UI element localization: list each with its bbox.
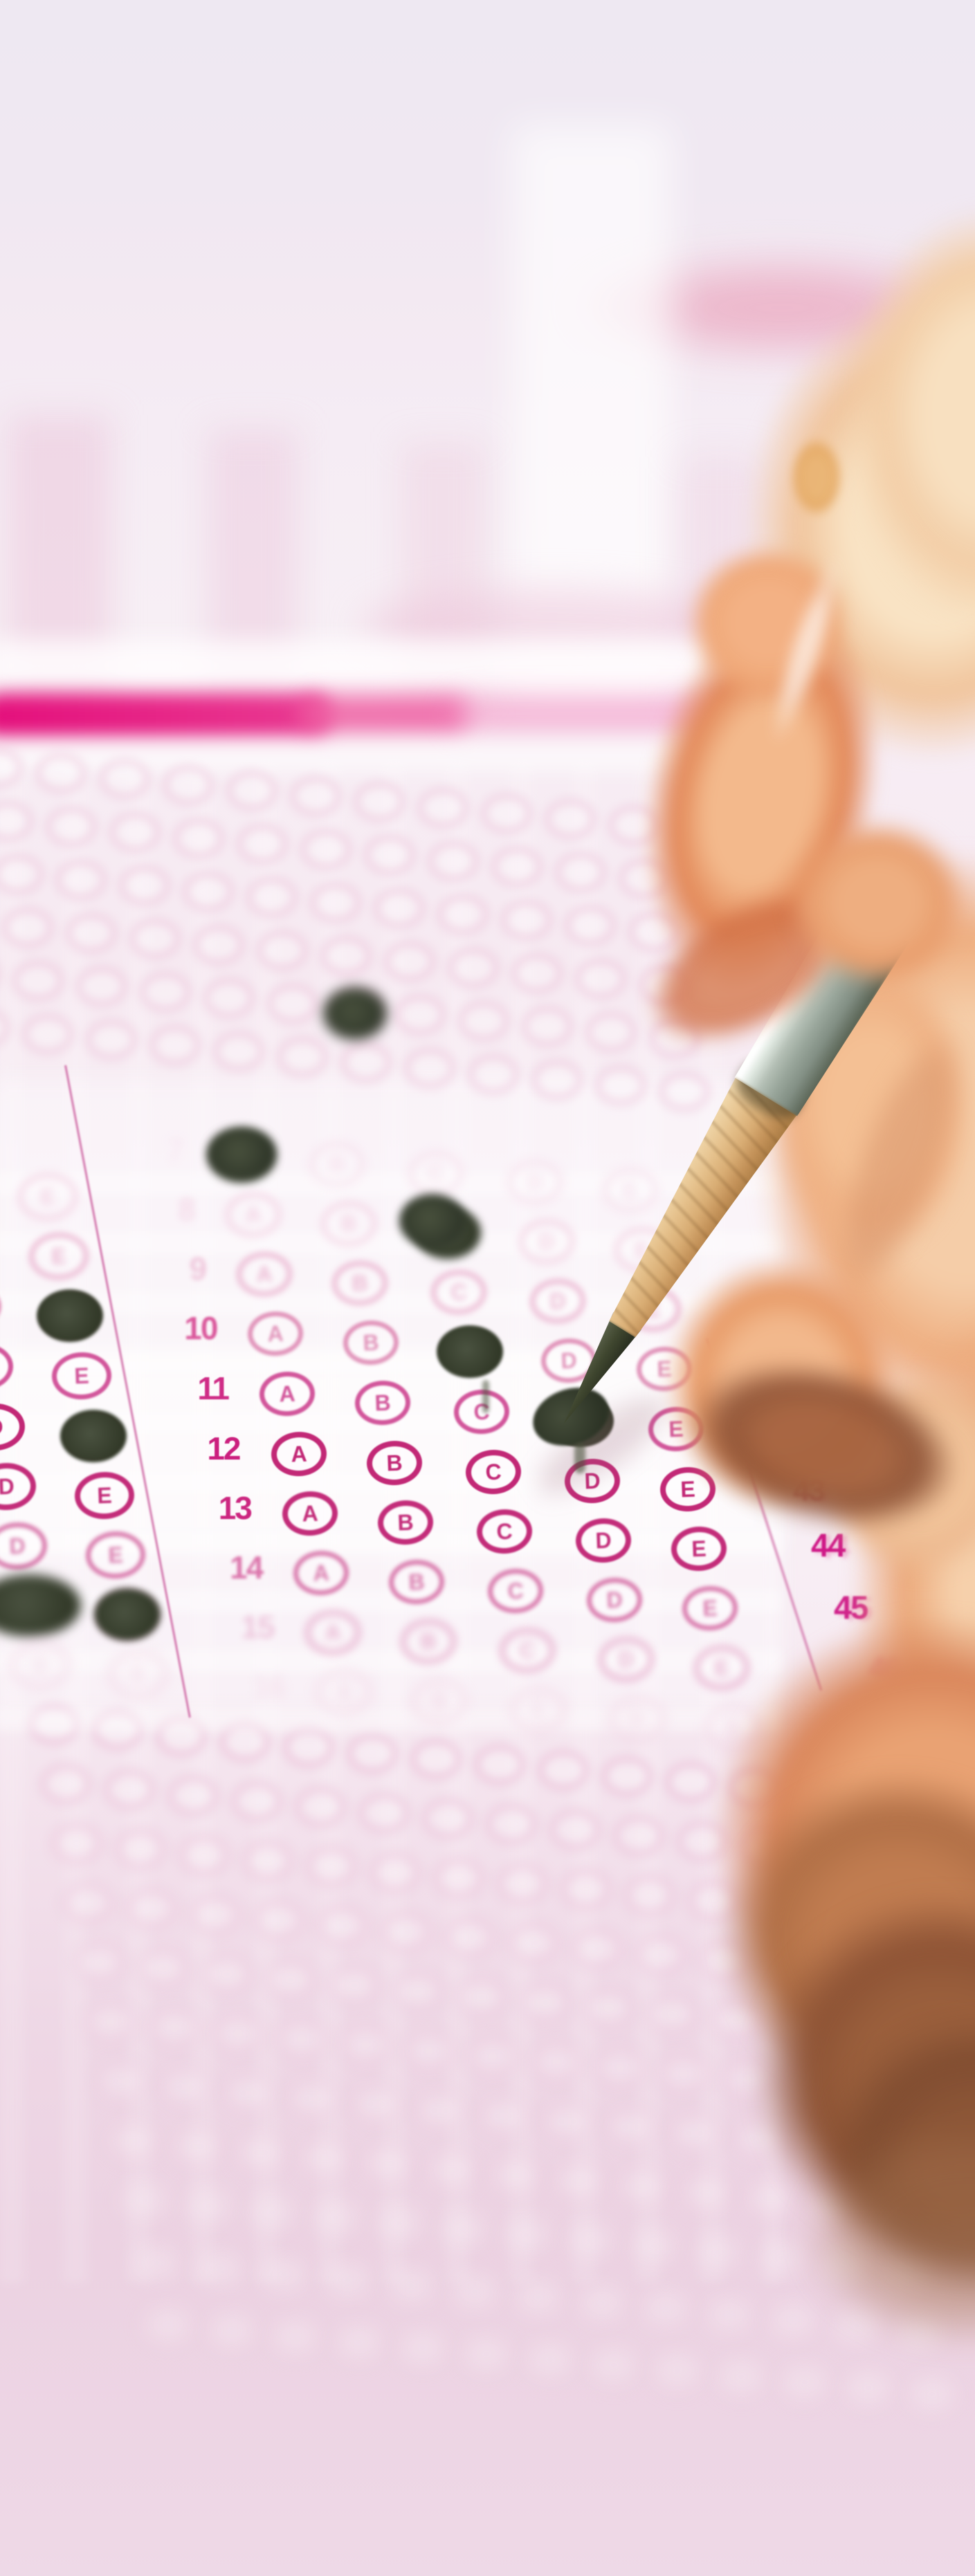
bottom-fade-row-bubble	[322, 2261, 372, 2299]
header-band-left	[0, 693, 332, 739]
upper-blur-row-bubble	[23, 1015, 73, 1054]
upper-blur-row-bubble	[204, 979, 254, 1018]
bottom-fade-row-bubble	[143, 2306, 193, 2344]
row-number-16: 16	[195, 1668, 285, 1705]
bottom-fade-row-bubble	[844, 2368, 893, 2407]
lower-blur-row-bubble	[625, 1876, 675, 1915]
bubble-letter: B	[363, 1330, 379, 1356]
lower-blur-row-bubble	[682, 2173, 731, 2212]
graphite-smudge-tail	[482, 1380, 489, 1413]
bubble-letter: C	[518, 1637, 535, 1664]
bubble-letter: E	[51, 1243, 67, 1269]
bubble-letter: D	[32, 1652, 48, 1678]
bottom-fade-row-bubble	[462, 2335, 511, 2373]
lower-blur-row-bubble	[168, 1776, 218, 1815]
upper-blur-row-bubble	[576, 959, 626, 998]
row-number-15: 15	[184, 1608, 274, 1646]
bottom-fade-row-bubble	[247, 2193, 297, 2232]
upper-blur-row-bubble	[183, 872, 233, 911]
bubble-letter: D	[0, 1414, 3, 1440]
bubble-letter: E	[131, 1661, 147, 1687]
lower-blur-row-bubble	[340, 2025, 390, 2064]
bubble-letter: E	[680, 1476, 695, 1502]
filled-bubble-10-C	[437, 1325, 503, 1378]
row-number-7: 7	[93, 1131, 183, 1168]
lower-blur-row-bubble	[445, 1918, 495, 1957]
lower-blur-row-bubble	[415, 2091, 465, 2130]
lower-blur-row-bubble	[648, 1995, 698, 2034]
bubble-letter: B	[431, 1688, 448, 1714]
lower-blur-row-bubble	[295, 1787, 345, 1826]
lower-blur-row-bubble	[243, 1841, 293, 1880]
bubble-letter: D	[629, 1706, 646, 1732]
bottom-fade-row-bubble	[716, 2357, 766, 2396]
upper-blur-row-bubble	[237, 825, 287, 863]
bubble-letter: A	[279, 1381, 295, 1407]
bubble-letter: A	[302, 1500, 318, 1527]
lower-blur-row-bubble	[213, 2014, 263, 2053]
lower-blur-row-bubble	[202, 1955, 252, 1994]
lower-blur-row-bubble	[404, 2032, 454, 2070]
header-band-mid	[298, 694, 471, 735]
bubble-letter: A	[290, 1441, 307, 1467]
upper-blur-row-bubble	[110, 813, 160, 852]
bubble-letter: E	[39, 1184, 55, 1210]
lower-blur-row-bubble	[595, 2048, 645, 2087]
bubble-letter: E	[623, 1177, 639, 1204]
lower-blur-row-bubble	[359, 1794, 409, 1832]
knuckle-callus-spot	[790, 437, 843, 517]
bubble-letter: A	[256, 1261, 273, 1287]
lower-blur-row-bubble	[659, 2054, 709, 2093]
bottom-fade-row-bubble	[629, 2227, 679, 2265]
bubble-letter: E	[691, 1536, 707, 1562]
lower-blur-row-bubble	[75, 1943, 125, 1982]
bottom-fade-row-bubble	[756, 2238, 806, 2277]
lower-blur-row-bubble	[636, 1935, 686, 1974]
bottom-fade-row-bubble	[502, 2216, 552, 2254]
bottom-fade-row-bubble	[438, 2210, 488, 2249]
blurred-filled-bubble-row7-A	[209, 1129, 275, 1179]
lower-blur-row-bubble	[116, 1830, 165, 1868]
bubble-letter: A	[336, 1679, 352, 1705]
upper-blur-row-bubble	[301, 830, 351, 869]
lower-blur-row-bubble	[277, 2020, 327, 2059]
bottom-fade-row-bubble	[768, 2301, 818, 2339]
upper-blur-row-bubble	[556, 853, 605, 892]
upper-blur-row-bubble	[46, 807, 96, 846]
row-number-10: 10	[127, 1309, 217, 1347]
lower-blur-row-bubble	[554, 2162, 604, 2200]
bottom-fade-row-bubble	[450, 2272, 500, 2311]
lower-blur-row-bubble	[149, 2008, 199, 2047]
bottom-fade-row-bubble	[386, 2266, 436, 2305]
bubble-letter: B	[329, 1151, 345, 1177]
blurred-filled-bubble	[323, 987, 387, 1040]
lower-blur-row-bubble	[370, 1853, 420, 1892]
upper-blur-row-bubble	[291, 777, 340, 816]
lower-blur-row-bubble	[550, 1810, 600, 1849]
bubble-letter: C	[450, 1279, 467, 1305]
upper-blur-row-bubble	[227, 771, 277, 810]
lower-blur-row-bubble	[457, 1978, 507, 2016]
bubble-letter: A	[313, 1560, 329, 1586]
bottom-fade-row-bubble	[907, 2375, 957, 2413]
bubble-letter: D	[617, 1646, 634, 1673]
upper-blur-row-bubble	[86, 1020, 136, 1059]
row-number-14: 14	[172, 1549, 262, 1586]
bottom-fade-row-bubble	[271, 2317, 320, 2356]
bubble-letter: D	[606, 1587, 623, 1613]
lower-blur-row-bubble	[63, 1884, 113, 1922]
bottom-fade-row-bubble	[334, 2323, 384, 2362]
bubble-letter: B	[408, 1569, 425, 1595]
upper-blur-row-bubble	[502, 901, 552, 939]
bottom-fade-row-bubble	[131, 2243, 181, 2282]
upper-blur-row-bubble	[66, 914, 116, 953]
upper-blur-row-bubble	[522, 1007, 572, 1046]
lower-blur-row-bubble	[329, 1966, 379, 2005]
bubble-letter: A	[324, 1619, 340, 1646]
bottom-fade-row-bubble	[589, 2346, 639, 2384]
bottom-fade-row-bubble	[374, 2204, 424, 2243]
bubble-letter: B	[419, 1628, 436, 1655]
bottom-fade-row-bubble	[577, 2283, 627, 2322]
bottom-fade-row-bubble	[259, 2255, 309, 2294]
lower-blur-row-bubble	[584, 1989, 634, 2027]
lower-blur-row-bubble	[236, 2133, 286, 2172]
upper-blur-row-bubble	[268, 984, 318, 1023]
lower-blur-row-bubble	[254, 1901, 304, 1940]
lower-blur-row-bubble	[543, 2102, 592, 2141]
lower-blur-row-bubble	[381, 1913, 431, 1951]
lower-blur-row-bubble	[602, 1757, 652, 1796]
upper-blur-row-bubble	[3, 908, 53, 947]
upper-blur-row-bubble	[395, 995, 445, 1034]
bubble-letter: D	[9, 1533, 26, 1559]
upper-blur-row-bubble	[194, 926, 244, 964]
bubble-letter: B	[352, 1270, 368, 1296]
lower-blur-row-bubble	[41, 1765, 91, 1803]
bubble-letter: C	[484, 1459, 501, 1485]
bottom-fade-row-bubble	[120, 2181, 170, 2220]
upper-blur-row-bubble	[438, 895, 488, 934]
lower-blur-row-bubble	[479, 2097, 529, 2135]
row-number-9: 9	[116, 1250, 206, 1287]
lower-blur-row-bubble	[520, 1983, 570, 2022]
upper-blur-row-bubble	[277, 1038, 327, 1076]
bubble-letter: C	[507, 1578, 524, 1604]
lower-blur-row-bubble	[232, 1782, 282, 1821]
lower-blur-row-bubble	[423, 1799, 473, 1838]
upper-blur-row-bubble	[418, 789, 468, 827]
row-number-11: 11	[138, 1370, 228, 1407]
upper-blur-row-bubble	[468, 1055, 518, 1094]
graphite-smudge-tail	[574, 1443, 585, 1473]
row-number-13: 13	[161, 1489, 251, 1527]
bottom-fade-row-bubble	[398, 2328, 448, 2367]
bottom-fade-row-bubble	[207, 2311, 257, 2350]
row-number-12: 12	[150, 1430, 240, 1467]
bottom-fade-row-bubble	[565, 2221, 615, 2260]
bubble-letter: E	[97, 1482, 113, 1509]
lower-blur-row-bubble	[666, 1763, 716, 1801]
bubble-letter: B	[340, 1211, 357, 1237]
bubble-letter: E	[702, 1595, 718, 1621]
lower-blur-row-bubble	[411, 1740, 461, 1778]
upper-blur-row-bubble	[247, 878, 297, 917]
lower-blur-row-bubble	[86, 2003, 136, 2041]
upper-blur-row-bubble	[163, 766, 213, 804]
upper-blur-row-bubble	[659, 1072, 709, 1111]
white-band-above-header	[0, 640, 782, 692]
lower-blur-row-bubble	[190, 1895, 240, 1934]
bubble-letter: E	[713, 1655, 729, 1681]
bottom-fade-row-bubble	[525, 2340, 575, 2379]
left-block-filled-E-15	[94, 1588, 161, 1641]
bubble-letter: A	[245, 1202, 262, 1228]
lower-blur-row-bubble	[486, 1805, 536, 1843]
bubble-letter: A	[267, 1321, 284, 1347]
lower-blur-row-bubble	[618, 2167, 668, 2206]
bubble-letter: B	[374, 1390, 391, 1416]
upper-blur-row-bubble	[448, 948, 498, 987]
bubble-letter: C	[496, 1518, 513, 1545]
upper-blur-row-bubble	[365, 836, 414, 874]
lower-blur-row-bubble	[97, 2062, 147, 2101]
upper-blur-row-bubble	[36, 754, 86, 793]
lower-blur-row-bubble	[224, 2074, 274, 2113]
lower-blur-row-bubble	[491, 2156, 540, 2195]
left-block-filled-E-12	[60, 1410, 127, 1462]
lower-blur-row-bubble	[427, 2151, 477, 2189]
lower-blur-row-bubble	[138, 1949, 188, 1987]
thumb-pencil-web	[786, 818, 969, 987]
upper-blur-row-bubble	[56, 861, 106, 899]
upper-blur-row-bubble	[459, 1002, 509, 1040]
upper-blur-row-bubble	[77, 967, 127, 1006]
upper-blur-row-bubble	[321, 937, 371, 975]
lower-blur-row-bubble	[475, 1745, 525, 1784]
lower-blur-row-bubble	[288, 2079, 338, 2118]
bubble-letter: D	[527, 1169, 543, 1195]
lower-blur-row-bubble	[561, 1870, 611, 1908]
lower-blur-row-bubble	[300, 2139, 349, 2178]
bubble-letter: D	[595, 1527, 612, 1554]
lower-blur-row-bubble	[109, 2122, 158, 2160]
bottom-fade-row-bubble	[641, 2289, 691, 2328]
upper-blur-row-bubble	[492, 847, 542, 886]
bottom-fade-row-bubble	[704, 2295, 754, 2334]
left-block-filled-E-10	[37, 1289, 103, 1342]
lower-blur-row-bubble	[347, 1734, 397, 1773]
bubble-letter: B	[385, 1450, 402, 1476]
lower-blur-row-bubble	[179, 1836, 229, 1875]
lower-blur-row-bubble	[393, 1972, 443, 2011]
upper-blur-row-bubble	[130, 919, 180, 958]
bubble-letter: B	[397, 1509, 414, 1536]
bubble-letter: D	[0, 1473, 15, 1500]
upper-blur-row-bubble	[586, 1013, 636, 1051]
lower-blur-row-bubble	[468, 2037, 518, 2076]
bubble-letter: E	[74, 1363, 90, 1389]
bubble-letter: D	[549, 1288, 566, 1314]
lower-blur-row-bubble	[363, 2144, 413, 2183]
upper-blur-row-bubble	[482, 794, 531, 833]
bubble-letter: C	[530, 1697, 547, 1723]
lower-blur-row-bubble	[104, 1770, 154, 1809]
bubble-letter: E	[108, 1542, 124, 1568]
bottom-fade-row-bubble	[653, 2351, 702, 2390]
lower-blur-row-bubble	[531, 2043, 581, 2081]
lower-blur-row-bubble	[434, 1859, 484, 1897]
lower-blur-row-bubble	[52, 1824, 102, 1863]
bubble-letter: C	[428, 1160, 444, 1186]
bottom-fade-row-bubble	[780, 2363, 830, 2402]
lower-blur-row-bubble	[614, 1816, 664, 1855]
upper-blur-row-bubble	[257, 931, 307, 970]
upper-blur-row-bubble	[532, 1060, 582, 1099]
lower-blur-row-bubble	[509, 1924, 558, 1962]
upper-blur-row-bubble	[214, 1032, 264, 1071]
lower-blur-row-bubble	[670, 2114, 720, 2153]
blurred-filled-bubble-row8-C	[399, 1194, 466, 1248]
upper-blur-row-bubble	[428, 842, 478, 881]
lower-blur-row-bubble	[307, 1847, 356, 1886]
photo-canvas: 7BCDE8ABDE9ABCDE10ABDE11ABCE12ABCDE13ABC…	[0, 0, 975, 2576]
lower-blur-row-bubble	[745, 2179, 795, 2218]
upper-blur-row-bubble	[174, 819, 224, 858]
bottom-fade-row-bubble	[513, 2278, 563, 2317]
lower-blur-row-bubble	[498, 1864, 547, 1903]
upper-blur-row-bubble	[512, 954, 562, 993]
lower-blur-row-bubble	[172, 2127, 222, 2166]
upper-blur-row-bubble	[140, 973, 190, 1011]
bubble-letter: D	[538, 1229, 555, 1255]
upper-blur-row-bubble	[13, 962, 63, 1000]
bottom-fade-row-bubble	[311, 2198, 361, 2237]
row-number-8: 8	[104, 1190, 194, 1228]
bubble-letter: D	[561, 1347, 577, 1374]
lower-blur-row-bubble	[266, 1960, 316, 1999]
bottom-fade-row-bubble	[693, 2233, 742, 2272]
